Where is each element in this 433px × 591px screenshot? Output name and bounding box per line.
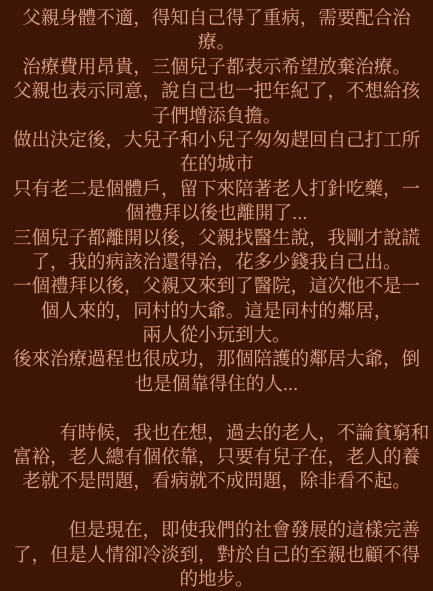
story-line: 治療費用昂貴，三個兒子都表示希望放棄治療。 — [0, 55, 433, 79]
story-line: 老就不是問題，看病就不成問題，除非看不起。 — [0, 469, 433, 493]
story-line: 了，但是人情卻冷淡到，對於自己的至親也顧不得 — [0, 543, 433, 567]
story-line: 個人來的，同村的大爺。這是同村的鄰居， — [0, 299, 433, 323]
story-line: 後來治療過程也很成功，那個陪護的鄰居大爺，倒 — [0, 347, 433, 371]
story-line: 但是現在，即使我們的社會發展的這樣完善 — [0, 518, 433, 542]
blank-line — [0, 396, 433, 420]
story-line: 也是個靠得住的人... — [0, 372, 433, 396]
story-line: 父親身體不適，得知自己得了重病，需要配合治 — [0, 6, 433, 30]
story-line: 個禮拜以後也離開了... — [0, 201, 433, 225]
story-line: 了，我的病該治還得治，花多少錢我自己出。 — [0, 250, 433, 274]
story-line: 療。 — [0, 30, 433, 54]
story-line: 一個禮拜以後，父親又來到了醫院，這次他不是一 — [0, 274, 433, 298]
story-line: 做出決定後，大兒子和小兒子匆匆趕回自己打工所 — [0, 128, 433, 152]
story-text: 父親身體不適，得知自己得了重病，需要配合治療。治療費用昂貴，三個兒子都表示希望放… — [0, 0, 433, 591]
story-line: 父親也表示同意，說自己也一把年紀了，不想給孩 — [0, 79, 433, 103]
story-line: 富裕，老人總有個依靠，只要有兒子在，老人的養 — [0, 445, 433, 469]
story-line: 三個兒子都離開以後，父親找醫生說，我剛才說謊 — [0, 226, 433, 250]
story-line: 兩人從小玩到大。 — [0, 323, 433, 347]
story-line: 子們增添負擔。 — [0, 104, 433, 128]
story-line: 有時候，我也在想，過去的老人，不論貧窮和 — [0, 421, 433, 445]
story-line: 只有老二是個體戶，留下來陪著老人打針吃藥，一 — [0, 177, 433, 201]
story-line: 的地步。 — [0, 567, 433, 591]
story-line: 在的城市 — [0, 152, 433, 176]
blank-line — [0, 494, 433, 518]
